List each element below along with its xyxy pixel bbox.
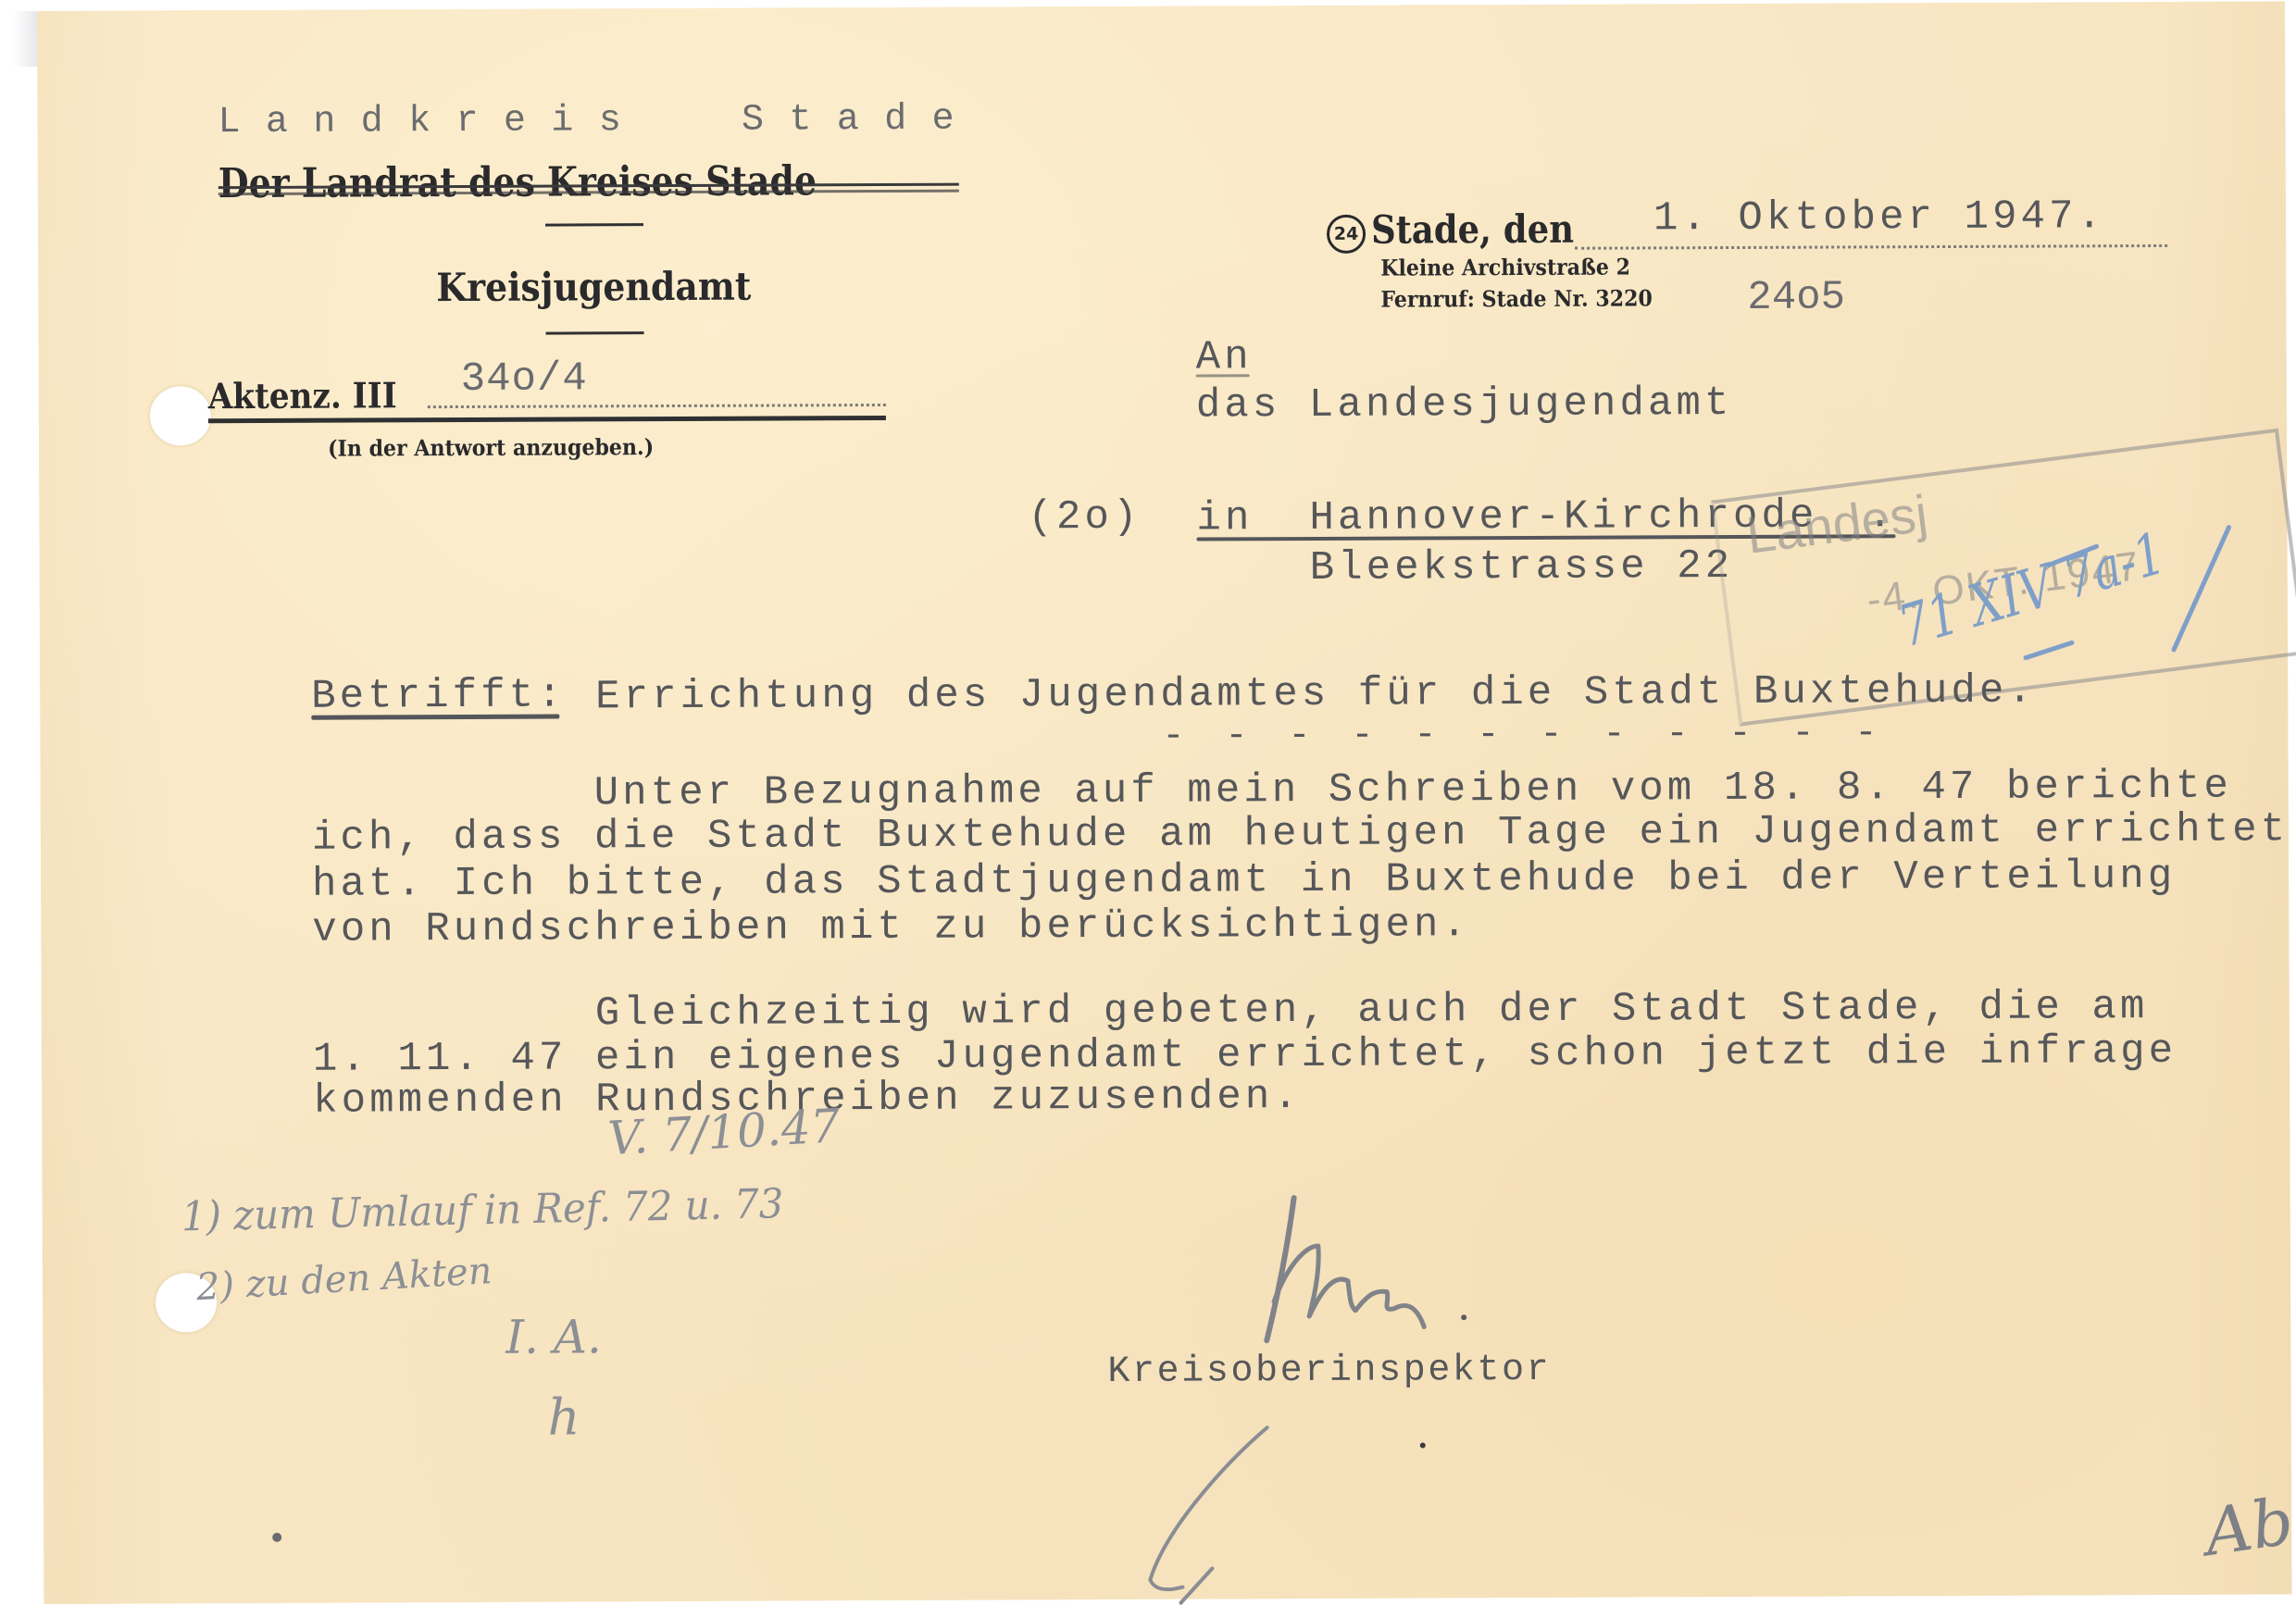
letter-page: L a n d k r e i s S t a d e Der Landrat … bbox=[37, 1, 2291, 1604]
pencil-corner-initial: Ab bbox=[2201, 1488, 2296, 1565]
signatory-title: Kreisoberinspektor bbox=[1107, 1352, 1551, 1391]
